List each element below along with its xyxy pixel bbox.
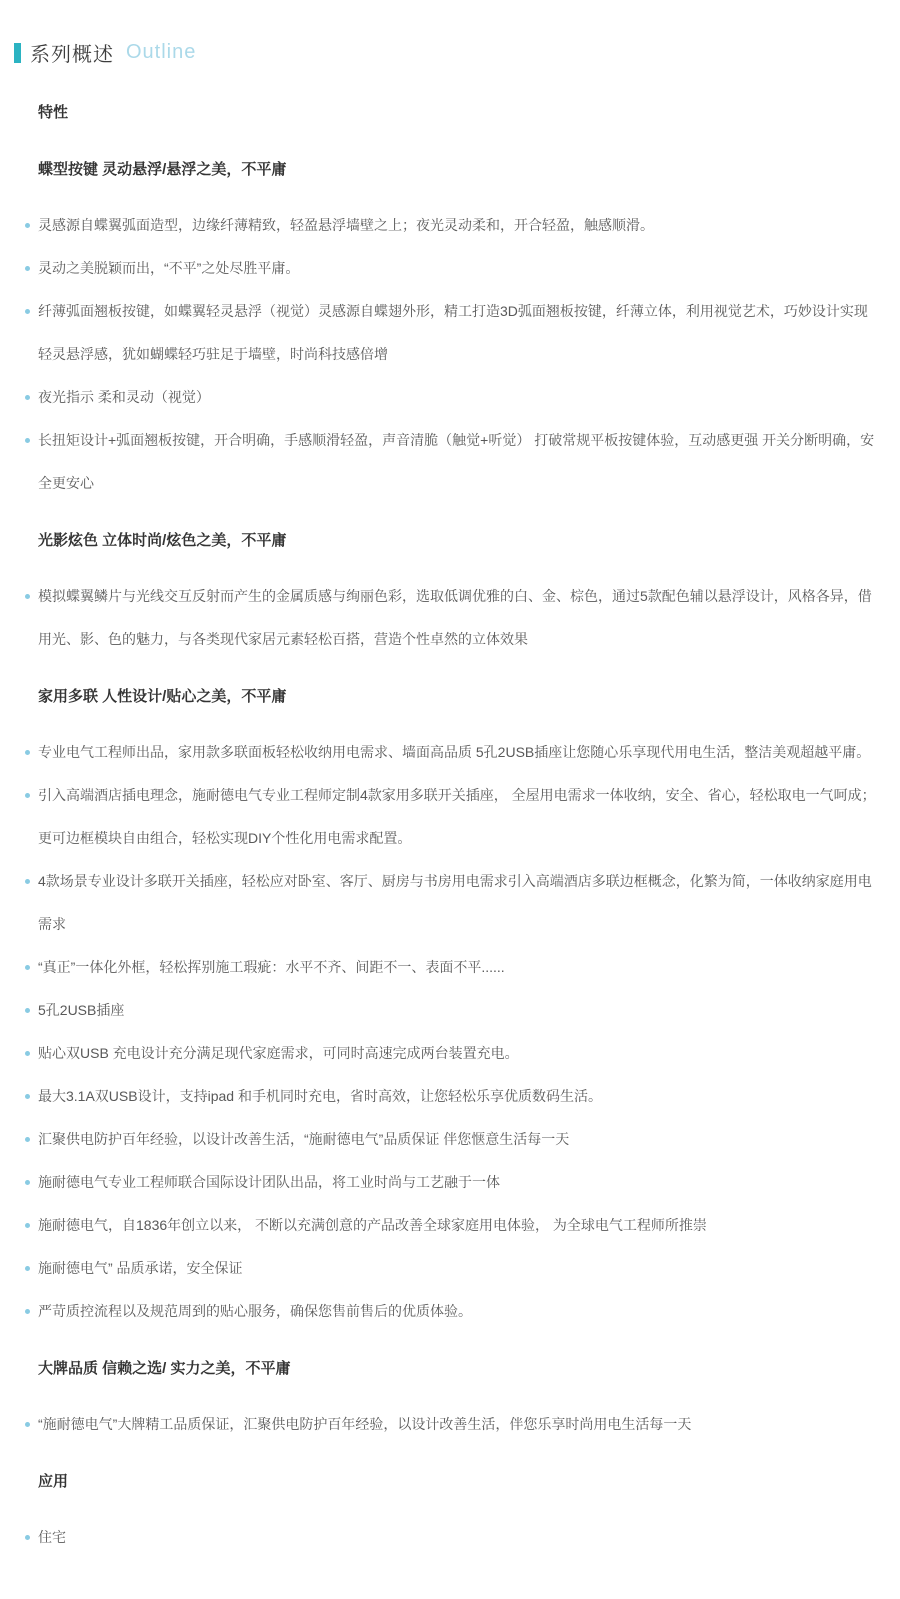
- bullet-dot-icon: [25, 1051, 30, 1056]
- bullet-list: 灵感源自蝶翼弧面造型，边缘纤薄精致，轻盈悬浮墙壁之上；夜光灵动柔和，开合轻盈，触…: [25, 204, 876, 505]
- bullet-item: 5孔2USB插座: [25, 989, 876, 1032]
- bullet-text: 施耐德电气专业工程师联合国际设计团队出品，将工业时尚与工艺融于一体: [38, 1174, 500, 1190]
- bullet-list: 模拟蝶翼鳞片与光线交互反射而产生的金属质感与绚丽色彩，选取低调优雅的白、金、棕色…: [25, 575, 876, 661]
- bullet-item: “真正”一体化外框，轻松挥别施工瑕疵：水平不齐、间距不一、表面不平......: [25, 946, 876, 989]
- bullet-item: 贴心双USB 充电设计充分满足现代家庭需求，可同时高速完成两台装置充电。: [25, 1032, 876, 1075]
- bullet-item: 模拟蝶翼鳞片与光线交互反射而产生的金属质感与绚丽色彩，选取低调优雅的白、金、棕色…: [25, 575, 876, 661]
- feature-section: 应用 住宅: [38, 1460, 876, 1559]
- bullet-text: 纤薄弧面翘板按键，如蝶翼轻灵悬浮（视觉）灵感源自蝶翅外形，精工打造3D弧面翘板按…: [38, 303, 868, 362]
- bullet-item: 施耐德电气，自1836年创立以来， 不断以充满创意的产品改善全球家庭用电体验， …: [25, 1204, 876, 1247]
- bullet-dot-icon: [25, 1309, 30, 1314]
- bullet-dot-icon: [25, 1422, 30, 1427]
- section-heading: 特性: [38, 91, 876, 134]
- bullet-item: 汇聚供电防护百年经验，以设计改善生活，“施耐德电气”品质保证 伴您惬意生活每一天: [25, 1118, 876, 1161]
- bullet-dot-icon: [25, 266, 30, 271]
- section-header: 系列概述 Outline: [0, 0, 900, 67]
- bullet-text: 贴心双USB 充电设计充分满足现代家庭需求，可同时高速完成两台装置充电。: [38, 1045, 519, 1061]
- bullet-text: 4款场景专业设计多联开关插座，轻松应对卧室、客厅、厨房与书房用电需求引入高端酒店…: [38, 873, 872, 932]
- bullet-item: 施耐德电气专业工程师联合国际设计团队出品，将工业时尚与工艺融于一体: [25, 1161, 876, 1204]
- feature-section: 家用多联 人性设计/贴心之美，不平庸 专业电气工程师出品，家用款多联面板轻松收纳…: [38, 675, 876, 1333]
- bullet-list: 专业电气工程师出品，家用款多联面板轻松收纳用电需求、墙面高品质 5孔2USB插座…: [25, 731, 876, 1333]
- bullet-text: 住宅: [38, 1529, 66, 1545]
- bullet-dot-icon: [25, 793, 30, 798]
- bullet-dot-icon: [25, 1223, 30, 1228]
- sections-container: 特性 蝶型按键 灵动悬浮/悬浮之美，不平庸 灵感源自蝶翼弧面造型，边缘纤薄精致，…: [0, 67, 900, 1559]
- bullet-dot-icon: [25, 1535, 30, 1540]
- bullet-text: 施耐德电气” 品质承诺，安全保证: [38, 1260, 243, 1276]
- bullet-dot-icon: [25, 879, 30, 884]
- section-heading: 光影炫色 立体时尚/炫色之美，不平庸: [38, 519, 876, 562]
- page-title: 系列概述: [30, 38, 114, 67]
- feature-section: 特性: [38, 91, 876, 134]
- accent-bar-icon: [14, 43, 21, 63]
- section-heading: 蝶型按键 灵动悬浮/悬浮之美，不平庸: [38, 148, 876, 191]
- bullet-item: 专业电气工程师出品，家用款多联面板轻松收纳用电需求、墙面高品质 5孔2USB插座…: [25, 731, 876, 774]
- bullet-text: 模拟蝶翼鳞片与光线交互反射而产生的金属质感与绚丽色彩，选取低调优雅的白、金、棕色…: [38, 588, 872, 647]
- page-subtitle: Outline: [126, 41, 196, 64]
- section-heading: 应用: [38, 1460, 876, 1503]
- bullet-text: “真正”一体化外框，轻松挥别施工瑕疵：水平不齐、间距不一、表面不平......: [38, 959, 505, 975]
- bullet-text: 夜光指示 柔和灵动（视觉）: [38, 389, 210, 405]
- bullet-text: 灵动之美脱颖而出，“不平”之处尽胜平庸。: [38, 260, 299, 276]
- bullet-dot-icon: [25, 1094, 30, 1099]
- bullet-dot-icon: [25, 395, 30, 400]
- bullet-text: 严苛质控流程以及规范周到的贴心服务，确保您售前售后的优质体验。: [38, 1303, 472, 1319]
- section-heading: 大牌品质 信赖之选/ 实力之美，不平庸: [38, 1347, 876, 1390]
- feature-section: 大牌品质 信赖之选/ 实力之美，不平庸 “施耐德电气”大牌精工品质保证，汇聚供电…: [38, 1347, 876, 1446]
- bullet-item: 灵动之美脱颖而出，“不平”之处尽胜平庸。: [25, 247, 876, 290]
- bullet-item: 长扭矩设计+弧面翘板按键，开合明确，手感顺滑轻盈，声音清脆（触觉+听觉） 打破常…: [25, 419, 876, 505]
- bullet-item: 夜光指示 柔和灵动（视觉）: [25, 376, 876, 419]
- bullet-item: 最大3.1A双USB设计，支持ipad 和手机同时充电，省时高效，让您轻松乐享优…: [25, 1075, 876, 1118]
- bullet-text: 最大3.1A双USB设计，支持ipad 和手机同时充电，省时高效，让您轻松乐享优…: [38, 1088, 602, 1104]
- bullet-text: 专业电气工程师出品，家用款多联面板轻松收纳用电需求、墙面高品质 5孔2USB插座…: [38, 744, 870, 760]
- bullet-dot-icon: [25, 750, 30, 755]
- bullet-dot-icon: [25, 1137, 30, 1142]
- bullet-text: 5孔2USB插座: [38, 1002, 124, 1018]
- bullet-item: 引入高端酒店插电理念，施耐德电气专业工程师定制4款家用多联开关插座， 全屋用电需…: [25, 774, 876, 860]
- bullet-dot-icon: [25, 1180, 30, 1185]
- bullet-item: “施耐德电气”大牌精工品质保证，汇聚供电防护百年经验，以设计改善生活，伴您乐享时…: [25, 1403, 876, 1446]
- bullet-text: “施耐德电气”大牌精工品质保证，汇聚供电防护百年经验，以设计改善生活，伴您乐享时…: [38, 1416, 691, 1432]
- bullet-dot-icon: [25, 594, 30, 599]
- bullet-list: “施耐德电气”大牌精工品质保证，汇聚供电防护百年经验，以设计改善生活，伴您乐享时…: [25, 1403, 876, 1446]
- bullet-item: 灵感源自蝶翼弧面造型，边缘纤薄精致，轻盈悬浮墙壁之上；夜光灵动柔和，开合轻盈，触…: [25, 204, 876, 247]
- section-heading: 家用多联 人性设计/贴心之美，不平庸: [38, 675, 876, 718]
- bullet-item: 施耐德电气” 品质承诺，安全保证: [25, 1247, 876, 1290]
- bullet-text: 汇聚供电防护百年经验，以设计改善生活，“施耐德电气”品质保证 伴您惬意生活每一天: [38, 1131, 569, 1147]
- bullet-dot-icon: [25, 1266, 30, 1271]
- bullet-dot-icon: [25, 965, 30, 970]
- bullet-item: 4款场景专业设计多联开关插座，轻松应对卧室、客厅、厨房与书房用电需求引入高端酒店…: [25, 860, 876, 946]
- bullet-text: 长扭矩设计+弧面翘板按键，开合明确，手感顺滑轻盈，声音清脆（触觉+听觉） 打破常…: [38, 432, 874, 491]
- bullet-list: 住宅: [25, 1516, 876, 1559]
- series-overview-page: 系列概述 Outline 特性 蝶型按键 灵动悬浮/悬浮之美，不平庸 灵感源自蝶…: [0, 0, 900, 1599]
- bullet-item: 纤薄弧面翘板按键，如蝶翼轻灵悬浮（视觉）灵感源自蝶翅外形，精工打造3D弧面翘板按…: [25, 290, 876, 376]
- bullet-dot-icon: [25, 223, 30, 228]
- feature-section: 光影炫色 立体时尚/炫色之美，不平庸 模拟蝶翼鳞片与光线交互反射而产生的金属质感…: [38, 519, 876, 661]
- bullet-dot-icon: [25, 1008, 30, 1013]
- bullet-dot-icon: [25, 438, 30, 443]
- bullet-dot-icon: [25, 309, 30, 314]
- bullet-text: 引入高端酒店插电理念，施耐德电气专业工程师定制4款家用多联开关插座， 全屋用电需…: [38, 787, 876, 846]
- bullet-text: 灵感源自蝶翼弧面造型，边缘纤薄精致，轻盈悬浮墙壁之上；夜光灵动柔和，开合轻盈，触…: [38, 217, 654, 233]
- bullet-item: 住宅: [25, 1516, 876, 1559]
- bullet-text: 施耐德电气，自1836年创立以来， 不断以充满创意的产品改善全球家庭用电体验， …: [38, 1217, 707, 1233]
- feature-section: 蝶型按键 灵动悬浮/悬浮之美，不平庸 灵感源自蝶翼弧面造型，边缘纤薄精致，轻盈悬…: [38, 148, 876, 505]
- bullet-item: 严苛质控流程以及规范周到的贴心服务，确保您售前售后的优质体验。: [25, 1290, 876, 1333]
